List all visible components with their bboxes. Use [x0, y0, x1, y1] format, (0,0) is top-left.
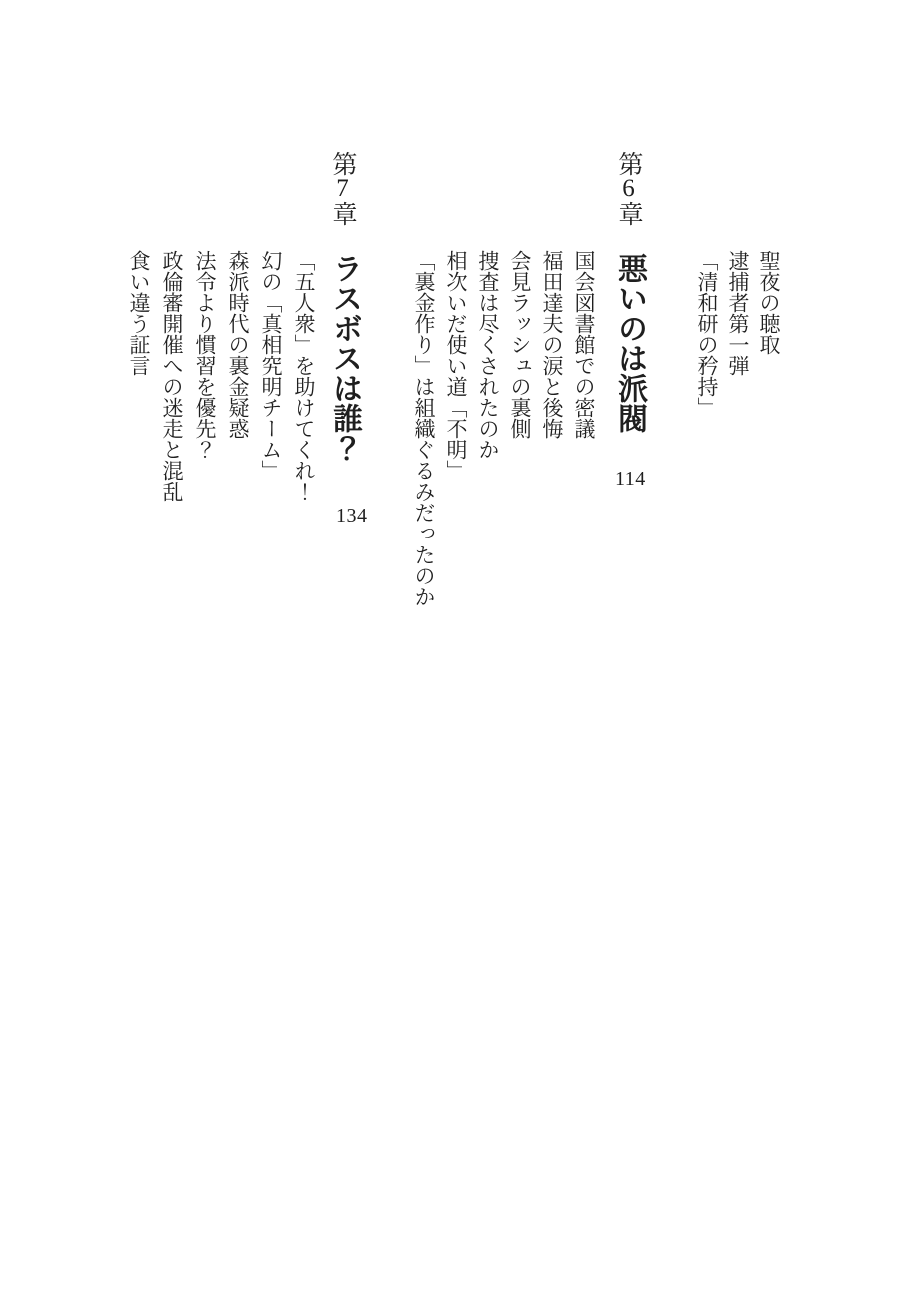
chapter-number: 6 [615, 176, 642, 201]
chapter6-title: 悪いのは派閥 [611, 253, 648, 458]
toc-item: 聖夜の聴取 [753, 250, 784, 445]
toc-item: 森派時代の裏金疑惑 [221, 250, 254, 545]
toc-page: 聖夜の聴取 逮捕者第一弾 「清和研の矜持」 第6章 悪いのは派閥 114 国会図… [0, 0, 900, 1302]
toc-item: 食い違う証言 [122, 250, 155, 545]
toc-item: 「五人衆」を助けてくれ！ [287, 250, 320, 545]
toc-item: 「裏金作り」は組織ぐるみだったのか [408, 250, 440, 630]
chapter-number: 7 [329, 176, 356, 201]
chapter6-page-number: 114 [615, 469, 646, 489]
toc-item: 福田達夫の涙と後悔 [536, 250, 568, 630]
toc-item: 会見ラッシュの裏側 [504, 250, 536, 630]
toc-item: 幻の「真相究明チーム」 [254, 250, 287, 545]
toc-item: 逮捕者第一弾 [722, 250, 753, 445]
toc-item: 相次いだ使い道「不明」 [440, 250, 472, 630]
chapter6-items: 国会図書館での密議 福田達夫の涙と後悔 会見ラッシュの裏側 捜査は尽くされたのか… [408, 250, 600, 630]
previous-chapter-items: 聖夜の聴取 逮捕者第一弾 「清和研の矜持」 [691, 250, 784, 445]
chapter7-items: 「五人衆」を助けてくれ！ 幻の「真相究明チーム」 森派時代の裏金疑惑 法令より慣… [122, 250, 320, 545]
chapter-label-prefix: 第 [329, 151, 356, 176]
chapter-label-prefix: 第 [615, 151, 642, 176]
chapter7-label: 第7章 [328, 151, 357, 246]
chapter7-title: ラスボスは誰？ [326, 253, 363, 488]
chapter-label-suffix: 章 [615, 201, 642, 226]
toc-item: 捜査は尽くされたのか [472, 250, 504, 630]
chapter7-page-number: 134 [336, 506, 368, 526]
chapter6-label: 第6章 [614, 151, 643, 246]
toc-item: 政倫審開催への迷走と混乱 [155, 250, 188, 545]
chapter-label-suffix: 章 [329, 201, 356, 226]
toc-item: 国会図書館での密議 [568, 250, 600, 630]
toc-item: 法令より慣習を優先？ [188, 250, 221, 545]
toc-item: 「清和研の矜持」 [691, 250, 722, 445]
